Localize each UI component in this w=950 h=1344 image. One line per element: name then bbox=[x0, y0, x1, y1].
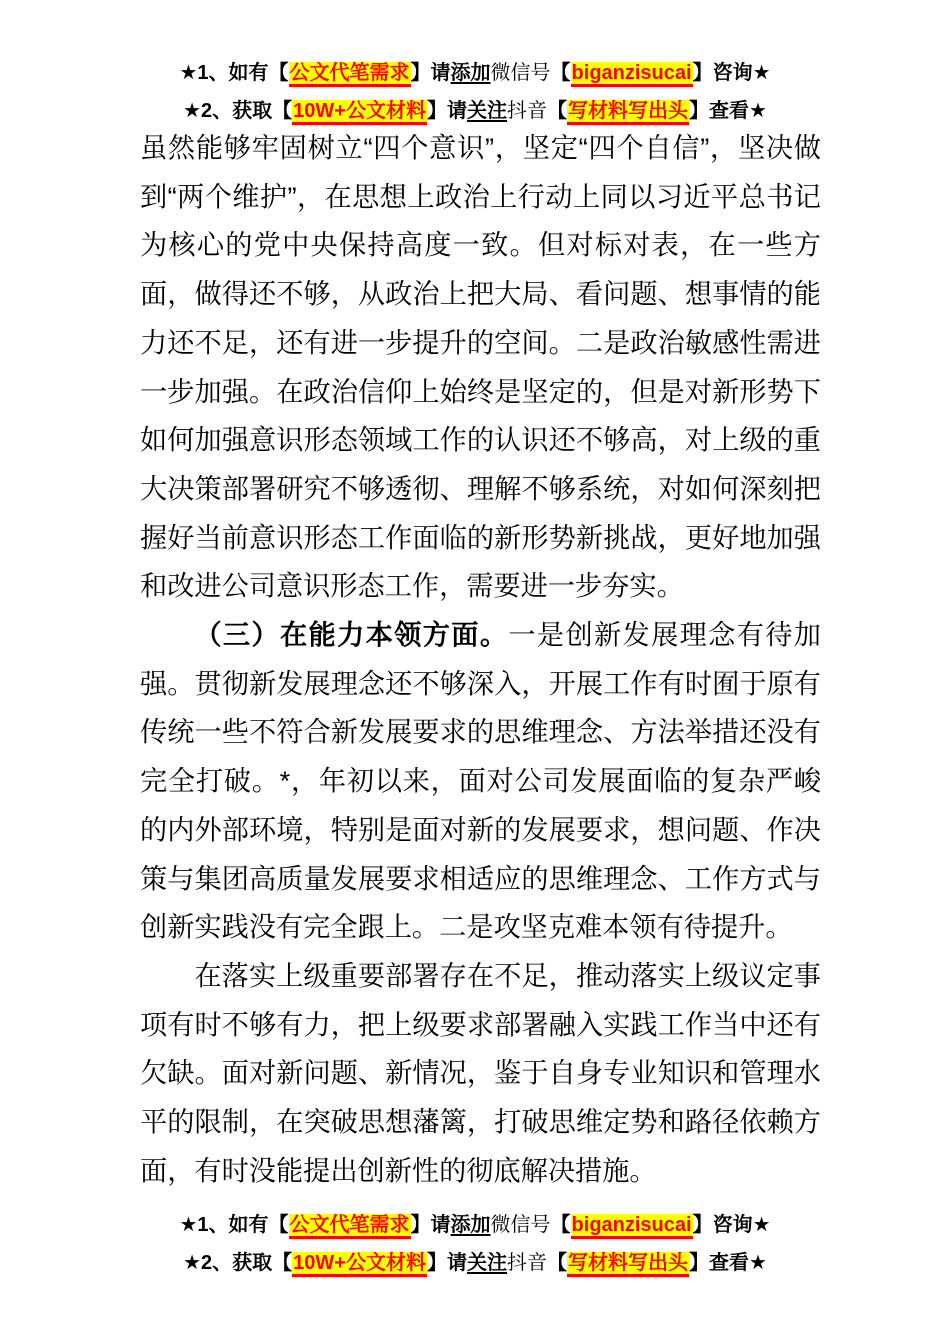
promo-text: 】请 bbox=[411, 62, 451, 84]
promo-line-1: ★1、如有【公文代笔需求】请添加微信号【biganzisucai】咨询★ bbox=[0, 54, 950, 92]
promo-banner-top: ★1、如有【公文代笔需求】请添加微信号【biganzisucai】咨询★ ★2、… bbox=[0, 54, 950, 130]
document-body: 虽然能够牢固树立“四个意识”，坚定“四个自信”，坚决做到“两个维护”，在思想上政… bbox=[140, 124, 821, 1195]
highlight-term-wechat-id: biganzisucai bbox=[571, 62, 693, 87]
promo-text: 】请 bbox=[427, 100, 467, 122]
promo-text: 抖音 bbox=[507, 100, 547, 122]
promo-line-1: ★1、如有【公文代笔需求】请添加微信号【biganzisucai】咨询★ bbox=[0, 1206, 950, 1244]
highlight-term: 公文代笔需求 bbox=[289, 62, 411, 87]
promo-text: 【 bbox=[551, 1214, 571, 1236]
paragraph-implementation: 在落实上级重要部署存在不足，推动落实上级议定事项有时不够有力，把上级要求部署融入… bbox=[140, 952, 821, 1196]
paragraph-political-awareness: 虽然能够牢固树立“四个意识”，坚定“四个自信”，坚决做到“两个维护”，在思想上政… bbox=[140, 124, 821, 611]
promo-text: 【 bbox=[547, 100, 567, 122]
paragraph-ability-section: （三）在能力本领方面。一是创新发展理念有待加强。贯彻新发展理念还不够深入，开展工… bbox=[140, 611, 821, 952]
section-heading-bold: （三）在能力本领方面。 bbox=[194, 619, 508, 650]
promo-text: 】请 bbox=[427, 1252, 467, 1274]
underlined-term: 添加 bbox=[451, 62, 491, 84]
promo-text: 微信号 bbox=[491, 62, 551, 84]
promo-text: 【 bbox=[551, 62, 571, 84]
underlined-term: 关注 bbox=[467, 1252, 507, 1274]
promo-text: ★2、获取【 bbox=[183, 1252, 292, 1274]
promo-text: 】查看★ bbox=[689, 100, 767, 122]
promo-text: ★2、获取【 bbox=[183, 100, 292, 122]
promo-text: ★1、如有【 bbox=[179, 62, 288, 84]
promo-text: 【 bbox=[547, 1252, 567, 1274]
document-page: ★1、如有【公文代笔需求】请添加微信号【biganzisucai】咨询★ ★2、… bbox=[0, 0, 950, 1344]
highlight-term: 公文代笔需求 bbox=[289, 1214, 411, 1239]
highlight-term: 10W+公文材料 bbox=[292, 100, 427, 125]
highlight-term-douyin-name: 写材料写出头 bbox=[567, 1252, 689, 1277]
promo-text: ★1、如有【 bbox=[179, 1214, 288, 1236]
promo-text: 微信号 bbox=[491, 1214, 551, 1236]
promo-text: 】咨询★ bbox=[693, 1214, 771, 1236]
promo-text: 】查看★ bbox=[689, 1252, 767, 1274]
promo-banner-bottom: ★1、如有【公文代笔需求】请添加微信号【biganzisucai】咨询★ ★2、… bbox=[0, 1206, 950, 1282]
paragraph-text: 一是创新发展理念有待加强。贯彻新发展理念还不够深入，开展工作有时囿于原有传统一些… bbox=[140, 619, 821, 942]
highlight-term-douyin-name: 写材料写出头 bbox=[567, 100, 689, 125]
highlight-term-wechat-id: biganzisucai bbox=[571, 1214, 693, 1239]
underlined-term: 添加 bbox=[451, 1214, 491, 1236]
promo-text: 】咨询★ bbox=[693, 62, 771, 84]
underlined-term: 关注 bbox=[467, 100, 507, 122]
promo-text: 】请 bbox=[411, 1214, 451, 1236]
promo-line-2: ★2、获取【10W+公文材料】请关注抖音【写材料写出头】查看★ bbox=[0, 1244, 950, 1282]
promo-text: 抖音 bbox=[507, 1252, 547, 1274]
highlight-term: 10W+公文材料 bbox=[292, 1252, 427, 1277]
